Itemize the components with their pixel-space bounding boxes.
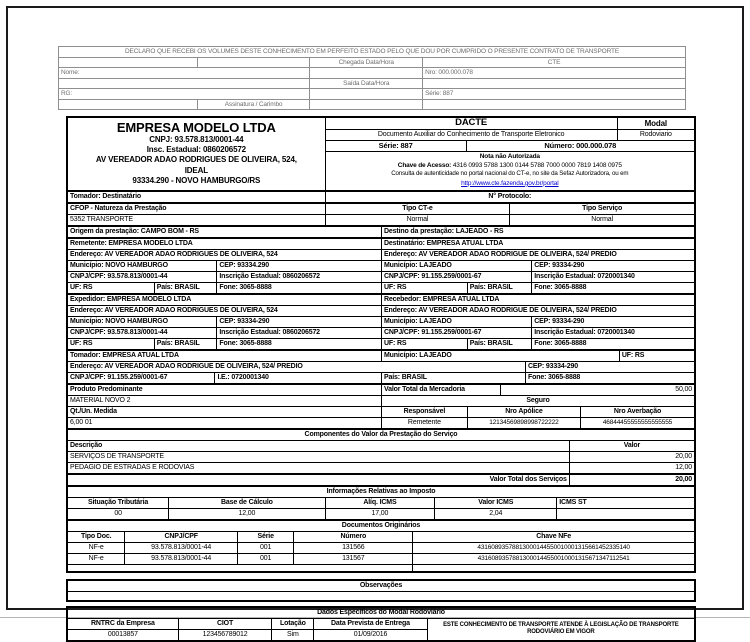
doc-nfe-key-header: Chave NFe [412,532,694,542]
name-label: Nome: [59,68,309,78]
dispatcher-city: Município: NOVO HAMBURGO [68,317,216,327]
document-empty-row [68,564,694,571]
recipient-city: Município: LAJEADO [381,317,531,327]
component-description: PEDAGIO DE ESTRADAS E RODOVIAS [68,463,569,473]
ciot-value: 123456789012 [178,630,272,640]
dispatcher-address: Endereço: AV VEREADOR ADAO RODRIGUES DE … [68,306,381,316]
dacte-header: DACTE Modal Documento Auxiliar do Conhec… [325,118,694,190]
destination: Destino da prestação: LAJEADO - RS [381,227,694,237]
icms-rate-value: 17,00 [325,509,435,519]
payer-cnpj: CNPJ/CPF: 91.155.259/0001-67 [68,373,214,383]
component-row: SERVIÇOS DE TRANSPORTE 20,00 [68,451,694,462]
receiver-cnpj: CNPJ/CPF: 91.155.259/0001-67 [381,272,531,282]
doc-nfe-key: 4316089357881300014455001000131567134711… [412,554,694,564]
doc-nfe-key: 4316089357881300014455001000131566145233… [412,543,694,553]
sender-uf: UF: RS [68,283,154,293]
origin-documents-title: Documentos Originários [68,521,694,531]
payer-uf: UF: RS [619,351,694,361]
icms-value-header: Valor ICMS [434,498,556,508]
road-transport-legal-text: ESTE CONHECIMENTO DE TRANSPORTE ATENDE À… [427,619,694,640]
payer-type: Tomador: Destinatário [68,192,325,202]
observations-table: Observações [66,579,696,602]
declaration-empty [422,79,685,89]
cte-type-value: Normal [325,215,510,225]
declaration-empty [59,79,309,89]
recipient-address: Endereço: AV VEREADOR ADAO RODRIGUE DE O… [381,306,694,316]
payer-title: Tomador: EMPRESA ATUAL LTDA [68,351,381,361]
issuer-state-registration: Insc. Estadual: 0860206572 [147,145,246,155]
declaration-title: DECLARO QUE RECEBI OS VOLUMES DESTE CONH… [59,47,685,57]
lotacao-header: Lotação [271,619,313,629]
tax-info-title: Informações Relativas ao Imposto [68,487,694,497]
goods-value-label: Valor Total da Mercadoria [381,385,500,395]
icms-rate-header: Alíq. ICMS [325,498,435,508]
payer-cep: CEP: 93334-290 [525,362,694,372]
doc-number: 131567 [293,554,412,564]
calc-base-value: 12,00 [168,509,325,519]
recipient-uf: UF: RS [381,339,467,349]
declaration-empty [309,100,422,110]
access-key-value: 4316 0993 5788 1300 0144 5788 7000 0000 … [453,162,622,169]
services-total-label: Valor Total dos Serviços [68,475,569,485]
services-total-value: 20,00 [569,475,694,485]
receiver-country: País: BRASIL [467,283,531,293]
issuer-city-cep: 93334.290 - NOVO HAMBURGO/RS [132,176,260,186]
receiver-uf: UF: RS [381,283,467,293]
service-components-title: Componentes do Valor da Prestação do Ser… [68,430,694,440]
sender-country: País: BRASIL [154,283,217,293]
signature-label: Assinatura / Carimbo [197,100,310,110]
doc-series: 001 [237,543,293,553]
dispatcher-title: Expedidor: EMPRESA MODELO LTDA [68,295,381,305]
modal-label: Modal [617,118,694,129]
dacte-document: DECLARO QUE RECEBI OS VOLUMES DESTE CONH… [66,46,696,642]
receiver-title: Destinatário: EMPRESA ATUAL LTDA [381,239,694,249]
arrival-datetime-label: Chegada Data/Hora [309,58,422,68]
quantity-value: 6,00 01 [68,418,381,428]
receiver-phone: Fone: 3065-8888 [531,283,694,293]
doc-cnpj-header: CNPJ/CPF [124,532,237,542]
product-value: MATERIAL NOVO 2 [68,396,381,406]
recipient-country: País: BRASIL [467,339,531,349]
dacte-title: DACTE [326,118,617,129]
recipient-state-reg: Inscrição Estadual: 0720001340 [531,328,694,338]
declaration-empty [197,58,310,68]
authenticity-note: Consulta de autenticidade no portal naci… [391,170,628,178]
quantity-label: Qt./Un. Medida [68,407,381,417]
road-modal-title: Dados Específicos do Modal Rodoviário [68,608,694,618]
payer-city: Município: LAJEADO [381,351,619,361]
doc-cnpj: 93.578.813/0001-44 [124,543,237,553]
cte-type-label: Tipo CT-e [325,204,510,214]
document-row: NF-e 93.578.813/0001-44 001 131566 43160… [68,542,694,553]
service-type-value: Normal [509,215,694,225]
sender-phone: Fone: 3065-8888 [216,283,381,293]
observations-title: Observações [68,581,694,591]
payer-state-reg: I.E.: 0720001340 [214,373,381,383]
main-table: EMPRESA MODELO LTDA CNPJ: 93.578.813/000… [66,116,696,573]
recipient-phone: Fone: 3065-8888 [531,339,694,349]
number-value: Número: 000.000.078 [466,141,694,151]
series-value: Série: 887 [326,141,466,151]
service-type-label: Tipo Serviço [509,204,694,214]
tax-situation-header: Situação Tributária [68,498,168,508]
receiver-cep: CEP: 93334-290 [531,261,694,271]
sender-state-reg: Inscrição Estadual: 0860206572 [216,272,381,282]
issuer-block: EMPRESA MODELO LTDA CNPJ: 93.578.813/000… [68,118,325,190]
recipient-cep: CEP: 93334-290 [531,317,694,327]
payer-country: País: BRASIL [381,373,525,383]
receiver-address: Endereço: AV VEREADOR ADAO RODRIGUE DE O… [381,250,694,260]
modal-value: Rodoviario [617,130,694,140]
dispatcher-phone: Fone: 3065-8888 [216,339,381,349]
recipient-cnpj: CNPJ/CPF: 91.155.259/0001-67 [381,328,531,338]
declaration-table: DECLARO QUE RECEBI OS VOLUMES DESTE CONH… [58,46,686,110]
tax-values-row: 00 12,00 17,00 2,04 [68,508,694,519]
dacte-page: DECLARO QUE RECEBI OS VOLUMES DESTE CONH… [0,0,750,617]
insurance-endorsement-label: Nro Averbação [580,407,694,417]
doc-cnpj: 93.578.813/0001-44 [124,554,237,564]
component-value: 20,00 [569,452,694,462]
rntrc-value: 00013857 [68,630,178,640]
declaration-empty [59,58,197,68]
sender-title: Remetente: EMPRESA MODELO LTDA [68,239,381,249]
empty-cell [68,565,412,571]
delivery-date-value: 01/09/2016 [313,630,426,640]
icms-value: 2,04 [434,509,556,519]
insurance-responsible-label: Responsável [381,407,467,417]
doc-type: NF-e [68,543,124,553]
rg-label: RG: [59,89,309,99]
authorization-status: Nota não Autorizada [480,153,540,162]
cfop-value: 5352 TRANSPORTE [68,215,325,225]
page-frame: DECLARO QUE RECEBI OS VOLUMES DESTE CONH… [6,6,744,610]
recipient-title: Recebedor: EMPRESA ATUAL LTDA [381,295,694,305]
value-header: Valor [569,441,694,451]
cte-number: Nro: 000.000.078 [422,68,685,78]
issuer-address-line2: IDEAL [185,166,208,176]
dispatcher-state-reg: Inscrição Estadual: 0860206572 [216,328,381,338]
departure-datetime-label: Saída Data/Hora [309,79,422,89]
component-value: 12,00 [569,463,694,473]
payer-address: Endereço: AV VEREADOR ADAO RODRIGUE DE O… [68,362,525,372]
doc-number: 131566 [293,543,412,553]
insurance-responsible: Remetente [381,418,467,428]
ciot-header: CIOT [178,619,272,629]
dacte-subtitle: Documento Auxiliar do Conhecimento de Tr… [326,130,617,140]
insurance-endorsement-number: 46844455555555555555 [580,418,694,428]
cte-series: Série: 887 [422,89,685,99]
cte-portal-link[interactable]: http://www.cte.fazenda.gov.br/portal [461,180,558,187]
doc-series: 001 [237,554,293,564]
sender-cep: CEP: 93334.290 [216,261,381,271]
dispatcher-country: País: BRASIL [154,339,217,349]
document-row: NF-e 93.578.813/0001-44 001 131567 43160… [68,553,694,564]
cte-label: CTE [422,58,685,68]
component-description: SERVIÇOS DE TRANSPORTE [68,452,569,462]
icms-st-value [556,509,694,519]
declaration-empty [309,89,422,99]
component-row: PEDAGIO DE ESTRADAS E RODOVIAS 12,00 [68,462,694,473]
sender-address: Endereço: AV VEREADOR ADAO RODRIGUES DE … [68,250,381,260]
icms-st-header: ICMS ST [556,498,694,508]
issuer-cnpj: CNPJ: 93.578.813/0001-44 [149,135,243,145]
insurance-title: Seguro [381,396,694,406]
protocol-label: N° Protocolo: [325,192,694,202]
dispatcher-cnpj: CNPJ/CPF: 93.578.813/0001-44 [68,328,216,338]
road-modal-table: Dados Específicos do Modal Rodoviário RN… [66,606,696,642]
doc-series-header: Série [237,532,293,542]
cfop-label: CFOP - Natureza da Prestação [68,204,325,214]
product-label: Produto Predominante [68,385,381,395]
sender-cnpj: CNPJ/CPF: 93.578.813/0001-44 [68,272,216,282]
access-key-block: Nota não Autorizada Chave de Acesso: 431… [326,152,694,190]
payer-phone: Fone: 3065-8888 [525,373,694,383]
empty-cell [412,565,694,571]
rntrc-header: RNTRC da Empresa [68,619,178,629]
declaration-empty [309,68,422,78]
calc-base-header: Base de Cálculo [168,498,325,508]
doc-type: NF-e [68,554,124,564]
lotacao-value: Sim [271,630,313,640]
dispatcher-cep: CEP: 93334-290 [216,317,381,327]
receiver-state-reg: Inscrição Estadual: 0720001340 [531,272,694,282]
access-key-label: Chave de Acesso: [398,162,451,169]
sender-city: Município: NOVO HAMBURGO [68,261,216,271]
doc-type-header: Tipo Doc. [68,532,124,542]
doc-number-header: Número [293,532,412,542]
delivery-date-header: Data Prevista de Entrega [313,619,426,629]
dispatcher-uf: UF: RS [68,339,154,349]
goods-value: 50,00 [500,385,694,395]
insurance-policy-label: Nro Apólice [467,407,580,417]
declaration-empty [422,100,685,110]
description-header: Descrição [68,441,569,451]
insurance-policy-number: 12134569898998722222 [467,418,580,428]
declaration-empty [59,100,197,110]
receiver-city: Município: LAJEADO [381,261,531,271]
observations-content [68,592,694,600]
origin: Origem da prestação: CAMPO BOM - RS [68,227,381,237]
issuer-name: EMPRESA MODELO LTDA [117,121,276,135]
tax-situation-value: 00 [68,509,168,519]
issuer-address-line1: AV VEREADOR ADAO RODRIGUES DE OLIVEIRA, … [96,155,297,165]
